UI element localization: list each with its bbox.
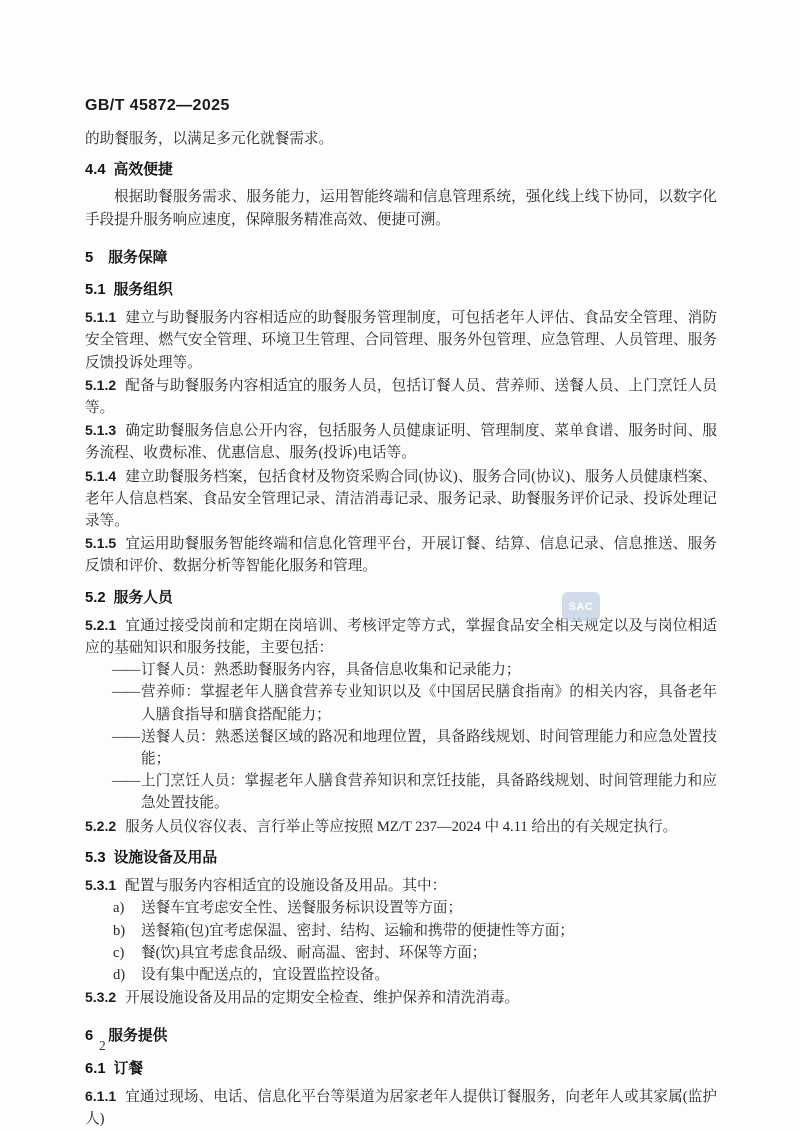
heading-title: 高效便捷 bbox=[114, 162, 173, 178]
list-letter: b) bbox=[113, 920, 125, 942]
dash-item-text: 订餐人员：熟悉助餐服务内容，具备信息收集和记录能力； bbox=[141, 662, 520, 678]
clause-paragraph: 5.1.3确定助餐服务信息公开内容，包括服务人员健康证明、管理制度、菜单食谱、服… bbox=[85, 419, 717, 464]
clause-number: 5.1.1 bbox=[85, 309, 116, 325]
clause-text: 建立助餐服务档案，包括食材及物资采购合同(协议)、服务合同(协议)、服务人员健康… bbox=[85, 469, 717, 529]
subsection-heading: 5.1服务组织 bbox=[85, 279, 717, 301]
heading-number: 6 bbox=[85, 1028, 93, 1044]
dash-marker: —— bbox=[112, 770, 139, 792]
page-number: 2 bbox=[99, 1038, 106, 1054]
section-heading: 5服务保障 bbox=[85, 247, 717, 269]
clause-paragraph: 5.2.2服务人员仪容仪表、言行举止等应按照 MZ/T 237—2024 中 4… bbox=[85, 815, 717, 838]
paragraph: 根据助餐服务需求、服务能力，运用智能终端和信息管理系统，强化线上线下协同，以数字… bbox=[85, 186, 717, 230]
clause-paragraph: 5.3.1配置与服务内容相适宜的设施设备及用品。其中： bbox=[85, 874, 717, 897]
dash-marker: —— bbox=[112, 681, 139, 703]
clause-paragraph: 6.1.1宜通过现场、电话、信息化平台等渠道为居家老年人提供订餐服务，向老年人或… bbox=[85, 1085, 717, 1130]
subsection-heading: 5.3设施设备及用品 bbox=[85, 847, 717, 869]
dash-list-item: ——营养师：掌握老年人膳食营养专业知识以及《中国居民膳食指南》的相关内容，具备老… bbox=[85, 681, 717, 725]
clause-number: 5.1.5 bbox=[85, 535, 116, 551]
dash-marker: —— bbox=[112, 726, 139, 748]
dash-item-text: 营养师：掌握老年人膳食营养专业知识以及《中国居民膳食指南》的相关内容，具备老年人… bbox=[141, 684, 717, 722]
list-item-text: 餐(饮)具宜考虑食品级、耐高温、密封、环保等方面； bbox=[141, 945, 486, 961]
lettered-list-item: c)餐(饮)具宜考虑食品级、耐高温、密封、环保等方面； bbox=[85, 942, 717, 964]
lettered-list-item: b)送餐箱(包)宜考虑保温、密封、结构、运输和携带的便捷性等方面； bbox=[85, 920, 717, 942]
dash-item-text: 上门烹饪人员：掌握老年人膳食营养知识和烹饪技能，具备路线规划、时间管理能力和应急… bbox=[141, 773, 717, 811]
heading-title: 订餐 bbox=[114, 1061, 144, 1077]
subsection-heading: 6.1订餐 bbox=[85, 1058, 717, 1080]
clause-text: 配备与助餐服务内容相适宜的服务人员，包括订餐人员、营养师、送餐人员、上门烹饪人员… bbox=[85, 378, 717, 416]
clause-text: 开展设施设备及用品的定期安全检查、维护保养和清洗消毒。 bbox=[125, 990, 519, 1006]
clause-number: 5.3.2 bbox=[85, 989, 116, 1005]
heading-number: 5.2 bbox=[85, 590, 106, 606]
clause-text: 确定助餐服务信息公开内容，包括服务人员健康证明、管理制度、菜单食谱、服务时间、服… bbox=[85, 423, 717, 461]
clause-number: 5.2.1 bbox=[85, 617, 116, 633]
clause-paragraph: 5.1.1建立与助餐服务内容相适应的助餐服务管理制度，可包括老年人评估、食品安全… bbox=[85, 306, 717, 374]
dash-list-item: ——上门烹饪人员：掌握老年人膳食营养知识和烹饪技能，具备路线规划、时间管理能力和… bbox=[85, 770, 717, 814]
heading-title: 服务提供 bbox=[108, 1028, 167, 1044]
clause-text: 建立与助餐服务内容相适应的助餐服务管理制度，可包括老年人评估、食品安全管理、消防… bbox=[85, 310, 717, 370]
clause-number: 5.1.2 bbox=[85, 377, 116, 393]
clause-text: 宜通过现场、电话、信息化平台等渠道为居家老年人提供订餐服务，向老年人或其家属(监… bbox=[85, 1089, 717, 1127]
clause-paragraph: 5.1.4建立助餐服务档案，包括食材及物资采购合同(协议)、服务合同(协议)、服… bbox=[85, 465, 717, 533]
list-letter: d) bbox=[113, 964, 125, 986]
document-body: 的助餐服务，以满足多元化就餐需求。4.4高效便捷根据助餐服务需求、服务能力，运用… bbox=[85, 128, 717, 1130]
heading-title: 服务组织 bbox=[114, 282, 173, 298]
section-heading: 6服务提供 bbox=[85, 1025, 717, 1047]
paragraph: 的助餐服务，以满足多元化就餐需求。 bbox=[85, 128, 717, 150]
clause-text: 服务人员仪容仪表、言行举止等应按照 MZ/T 237—2024 中 4.11 给… bbox=[125, 819, 677, 835]
clause-number: 5.1.4 bbox=[85, 468, 116, 484]
subsection-heading: 5.2服务人员 bbox=[85, 587, 717, 609]
standard-number-header: GB/T 45872—2025 bbox=[85, 96, 717, 116]
heading-number: 5 bbox=[85, 250, 93, 266]
lettered-list-item: a)送餐车宜考虑安全性、送餐服务标识设置等方面； bbox=[85, 897, 717, 919]
clause-number: 5.1.3 bbox=[85, 422, 116, 438]
clause-number: 5.3.1 bbox=[85, 877, 116, 893]
clause-text: 配置与服务内容相适宜的设施设备及用品。其中： bbox=[125, 878, 446, 894]
clause-number: 5.2.2 bbox=[85, 818, 116, 834]
heading-number: 5.3 bbox=[85, 850, 106, 866]
dash-list-item: ——送餐人员：熟悉送餐区域的路况和地理位置，具备路线规划、时间管理能力和应急处置… bbox=[85, 726, 717, 770]
list-letter: a) bbox=[113, 897, 124, 919]
dash-item-text: 送餐人员：熟悉送餐区域的路况和地理位置，具备路线规划、时间管理能力和应急处置技能… bbox=[141, 729, 717, 767]
list-item-text: 送餐箱(包)宜考虑保温、密封、结构、运输和携带的便捷性等方面； bbox=[141, 923, 574, 939]
clause-paragraph: 5.2.1宜通过接受岗前和定期在岗培训、考核评定等方式，掌握食品安全相关规定以及… bbox=[85, 614, 717, 659]
dash-list-item: ——订餐人员：熟悉助餐服务内容，具备信息收集和记录能力； bbox=[85, 659, 717, 681]
heading-title: 设施设备及用品 bbox=[114, 850, 218, 866]
heading-title: 服务保障 bbox=[108, 250, 167, 266]
document-page: GB/T 45872—2025 的助餐服务，以满足多元化就餐需求。4.4高效便捷… bbox=[0, 0, 800, 1131]
subsection-heading: 4.4高效便捷 bbox=[85, 159, 717, 181]
clause-text: 宜通过接受岗前和定期在岗培训、考核评定等方式，掌握食品安全相关规定以及与岗位相适… bbox=[85, 618, 717, 656]
sac-watermark-label: SAC bbox=[569, 601, 594, 613]
heading-title: 服务人员 bbox=[114, 590, 173, 606]
dash-marker: —— bbox=[112, 659, 139, 681]
list-item-text: 设有集中配送点的，宜设置监控设备。 bbox=[141, 967, 389, 983]
clause-paragraph: 5.1.2配备与助餐服务内容相适宜的服务人员，包括订餐人员、营养师、送餐人员、上… bbox=[85, 374, 717, 419]
heading-number: 6.1 bbox=[85, 1061, 106, 1077]
clause-paragraph: 5.3.2开展设施设备及用品的定期安全检查、维护保养和清洗消毒。 bbox=[85, 986, 717, 1009]
list-item-text: 送餐车宜考虑安全性、送餐服务标识设置等方面； bbox=[141, 900, 462, 916]
lettered-list-item: d)设有集中配送点的，宜设置监控设备。 bbox=[85, 964, 717, 986]
heading-number: 5.1 bbox=[85, 282, 106, 298]
page-content: GB/T 45872—2025 的助餐服务，以满足多元化就餐需求。4.4高效便捷… bbox=[85, 96, 717, 1130]
list-letter: c) bbox=[113, 942, 124, 964]
clause-paragraph: 5.1.5宜运用助餐服务智能终端和信息化管理平台，开展订餐、结算、信息记录、信息… bbox=[85, 532, 717, 577]
sac-watermark-badge: SAC bbox=[562, 592, 600, 621]
heading-number: 4.4 bbox=[85, 162, 106, 178]
clause-number: 6.1.1 bbox=[85, 1088, 116, 1104]
clause-text: 宜运用助餐服务智能终端和信息化管理平台，开展订餐、结算、信息记录、信息推送、服务… bbox=[85, 536, 717, 574]
